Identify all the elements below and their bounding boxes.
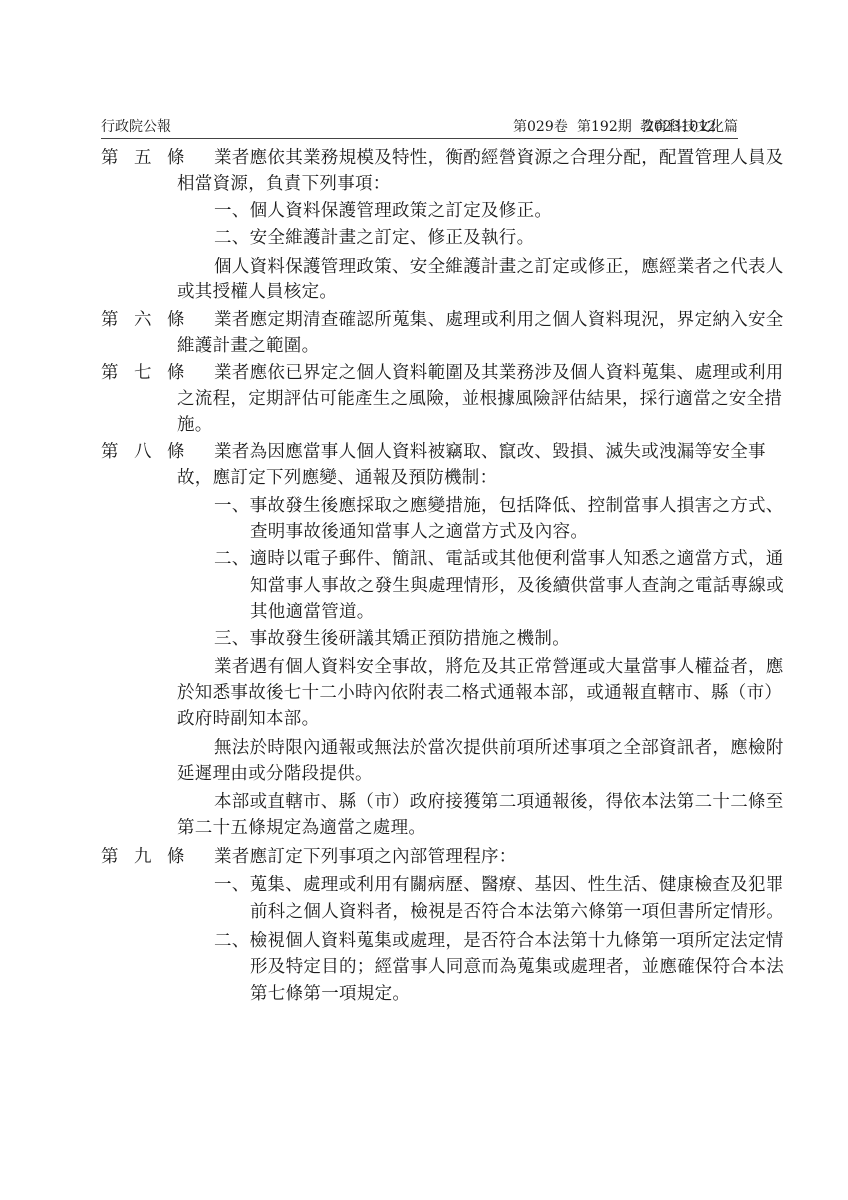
paragraph-line: 維護計畫之範圍。 bbox=[177, 335, 319, 357]
paragraph-line: 故，應訂定下列應變、通報及預防機制： bbox=[177, 467, 497, 489]
section-name: 教育科技文化篇 bbox=[640, 118, 738, 136]
list-item-continuation: 知當事人事故之發生與處理情形，及後續供當事人查詢之電話專線或 bbox=[250, 575, 784, 597]
paragraph-line: 或其授權人員核定。 bbox=[177, 281, 337, 303]
paragraph-line: 業者應定期清查確認所蒐集、處理或利用之個人資料現況，界定納入安全 bbox=[214, 309, 784, 331]
paragraph-line: 延遲理由或分階段提供。 bbox=[177, 763, 373, 785]
list-item-continuation: 前科之個人資料者，檢視是否符合本法第六條第一項但書所定情形。 bbox=[250, 901, 784, 923]
list-item-continuation: 其他適當管道。 bbox=[250, 601, 375, 623]
volume-number: 第029卷 bbox=[513, 118, 568, 136]
paragraph-line: 業者應依其業務規模及特性，衡酌經營資源之合理分配，配置管理人員及 bbox=[214, 147, 784, 169]
paragraph-line: 業者遇有個人資料安全事故，將危及其正常營運或大量當事人權益者，應 bbox=[214, 656, 784, 678]
list-item-continuation: 第七條第一項規定。 bbox=[250, 983, 410, 1005]
paragraph-line: 業者為因應當事人個人資料被竊取、竄改、毀損、滅失或洩漏等安全事 bbox=[214, 441, 766, 463]
paragraph-line: 之流程，定期評估可能產生之風險，並根據風險評估結果，採行適當之安全措 bbox=[177, 388, 782, 410]
paragraph-line: 政府時副知本部。 bbox=[177, 708, 319, 730]
list-item-continuation: 查明事故後通知當事人之適當方式及內容。 bbox=[250, 521, 588, 543]
paragraph-line: 第二十五條規定為適當之處理。 bbox=[177, 817, 426, 839]
paragraph-line: 施。 bbox=[177, 414, 213, 436]
issue-number: 第192期 bbox=[577, 118, 632, 136]
list-item: 二、安全維護計畫之訂定、修正及執行。 bbox=[214, 227, 534, 249]
paragraph-line: 相當資源，負責下列事項： bbox=[177, 173, 391, 195]
list-item: 一、事故發生後應採取之應變措施，包括降低、控制當事人損害之方式、 bbox=[214, 495, 784, 517]
paragraph-line: 業者應依已界定之個人資料範圍及其業務涉及個人資料蒐集、處理或利用 bbox=[214, 362, 784, 384]
paragraph-line: 個人資料保護管理政策、安全維護計畫之訂定或修正，應經業者之代表人 bbox=[214, 256, 784, 278]
paragraph-line: 於知悉事故後七十二小時內依附表二格式通報本部，或通報直轄市、縣（市） bbox=[177, 682, 782, 704]
paragraph-line: 本部或直轄市、縣（市）政府接獲第二項通報後，得依本法第二十二條至 bbox=[214, 791, 784, 813]
list-item-continuation: 形及特定目的；經當事人同意而為蒐集或處理者，並應確保符合本法 bbox=[250, 956, 784, 978]
list-item: 二、適時以電子郵件、簡訊、電話或其他便利當事人知悉之適當方式，通 bbox=[214, 548, 784, 570]
publication-title: 行政院公報 bbox=[101, 118, 171, 136]
paragraph-line: 無法於時限內通報或無法於當次提供前項所述事項之全部資訊者，應檢附 bbox=[214, 737, 784, 759]
list-item: 一、蒐集、處理或利用有關病歷、醫療、基因、性生活、健康檢查及犯罪 bbox=[214, 874, 784, 896]
list-item: 二、檢視個人資料蒐集或處理，是否符合本法第十九條第一項所定法定情 bbox=[214, 930, 784, 952]
page-header: 行政院公報 第029卷 第192期 20231012 教育科技文化篇 bbox=[101, 118, 738, 139]
list-item: 三、事故發生後研議其矯正預防措施之機制。 bbox=[214, 628, 570, 650]
paragraph-line: 業者應訂定下列事項之內部管理程序： bbox=[214, 846, 517, 868]
list-item: 一、個人資料保護管理政策之訂定及修正。 bbox=[214, 200, 552, 222]
